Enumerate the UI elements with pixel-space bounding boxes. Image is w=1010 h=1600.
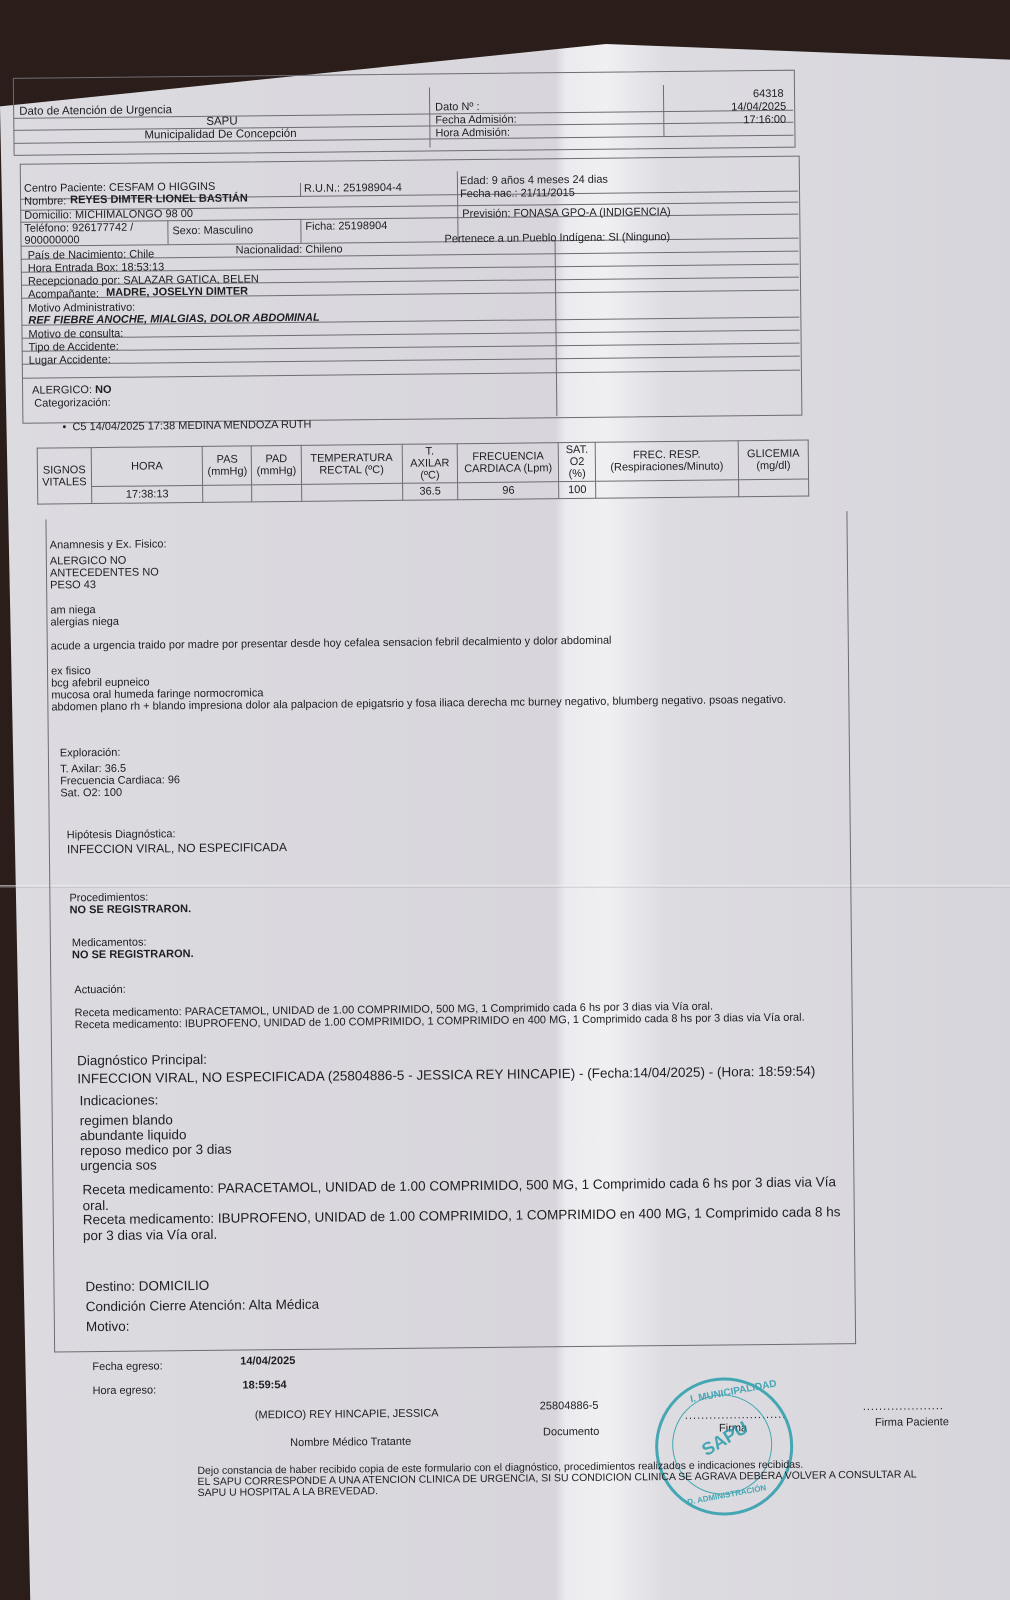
patient-run: R.U.N.: 25198904-4 (304, 182, 402, 196)
closing-condition: Condición Cierre Atención: Alta Médica (86, 1297, 320, 1315)
closing-reason: Motivo: (86, 1319, 130, 1335)
fecha-admision-value: 14/04/2025 (731, 101, 786, 115)
municipality: Municipalidad De Concepción (144, 128, 296, 143)
municipal-stamp: I. MUNICIPALIDAD SAPU D. ADMINISTRACIÓN (654, 1377, 793, 1516)
prescription-2-cont: por 3 dias via Vía oral. (83, 1227, 217, 1244)
categorization-label: Categorización: (34, 397, 111, 411)
vitals-cell: 17:38:13 (91, 485, 203, 503)
patient-signature-line: .................... (863, 1400, 944, 1414)
anamnesis-label: Anamnesis y Ex. Fisico: (50, 538, 167, 552)
vitals-cell: 96 (458, 482, 559, 500)
discharge-date-label: Fecha egreso: (92, 1360, 162, 1374)
patient-country: País de Nacimiento: Chile (28, 248, 155, 262)
vitals-cell (739, 479, 809, 497)
vitals-row-label-text: SIGNOS VITALES (42, 464, 87, 488)
form-title: Dato de Atención de Urgencia (19, 104, 172, 119)
vitals-header: HORA (91, 446, 203, 486)
main-diagnosis-label: Diagnóstico Principal: (77, 1052, 207, 1069)
companion: MADRE, JOSELYN DIMTER (106, 285, 248, 299)
actuation-label: Actuación: (74, 984, 126, 998)
patient-address: Domicilio: MICHIMALONGO 98 00 (24, 208, 193, 223)
discharge-time: 18:59:54 (242, 1379, 286, 1392)
vitals-row-label: SIGNOS VITALES (37, 448, 91, 505)
patient-signature-label: Firma Paciente (875, 1416, 949, 1430)
vitals-header: FREC. RESP. (Respiraciones/Minuto) (595, 441, 738, 481)
patient-prevision: Previsión: FONASA GPO-A (INDIGENCIA) (462, 206, 671, 221)
physician-name: (MEDICO) REY HINCAPIE, JESSICA (255, 1407, 439, 1422)
divider (300, 183, 301, 197)
hora-admision-value: 17:16:00 (743, 114, 786, 127)
patient-age: Edad: 9 años 4 meses 24 dias (460, 174, 608, 189)
fecha-admision-label: Fecha Admisión: (435, 114, 516, 128)
vitals-cell: 100 (559, 481, 596, 498)
indications-label: Indicaciones: (79, 1092, 158, 1109)
patient-indigenous: Pertenece a un Pueblo Indígena: SI (Ning… (444, 231, 670, 246)
vitals-header: TEMPERATURA RECTAL (ºC) (301, 444, 403, 484)
patient-birthdate: Fecha nac.: 21/11/2015 (460, 187, 575, 201)
vitals-header: GLICEMIA (mg/dl) (738, 440, 808, 480)
exploration-label: Exploración: (60, 747, 121, 761)
medications-value: NO SE REGISTRARON. (72, 948, 194, 962)
anamnesis-text: ALERGICO NO ANTECEDENTES NO PESO 43 am n… (50, 548, 786, 714)
patient-phone-2: 900000000 (24, 234, 79, 248)
footer-line-3: SAPU U HOSPITAL A LA BREVEDAD. (198, 1486, 378, 1499)
procedures-value: NO SE REGISTRARON. (69, 903, 191, 917)
vital-signs-table: SIGNOS VITALES HORA PAS (mmHg) PAD (mmHg… (37, 440, 810, 505)
patient-ficha: Ficha: 25198904 (305, 220, 387, 234)
patient-sex: Sexo: Masculino (172, 224, 253, 238)
hypothesis-value: INFECCION VIRAL, NO ESPECIFICADA (67, 841, 287, 856)
nombre-label: Nombre: (24, 195, 66, 208)
service-name: SAPU (206, 116, 237, 129)
accident-type-label: Tipo de Accidente: (29, 341, 119, 355)
discharge-time-label: Hora egreso: (93, 1384, 157, 1398)
vitals-cell (595, 480, 738, 498)
exploration-text: T. Axilar: 36.5 Frecuencia Cardiaca: 96 … (60, 762, 180, 799)
companion-label: Acompañante: (28, 288, 99, 302)
vitals-cell: 36.5 (402, 483, 458, 501)
dato-value: 64318 (753, 88, 784, 101)
vitals-header: T. AXILAR (ºC) (402, 444, 458, 484)
physician-name-label: Nombre Médico Tratante (290, 1436, 411, 1450)
vitals-header: FRECUENCIA CARDIACA (Lpm) (457, 443, 559, 483)
vitals-cell (252, 484, 301, 502)
vitals-header: PAS (mmHg) (203, 446, 252, 486)
indication-item: urgencia sos (80, 1157, 157, 1174)
destination: Destino: DOMICILIO (85, 1278, 209, 1295)
discharge-date: 14/04/2025 (240, 1355, 295, 1369)
vitals-header: PAD (mmHg) (252, 445, 301, 485)
vitals-header: SAT. O2 (%) (559, 442, 596, 481)
categorization-entry: • C5 14/04/2025 17:38 MEDINA MENDOZA RUT… (62, 419, 311, 435)
accident-place-label: Lugar Accidente: (29, 354, 111, 368)
document-label: Documento (543, 1426, 599, 1440)
urgency-form: Dato de Atención de Urgencia SAPU Munici… (0, 0, 1010, 1600)
consult-reason-label: Motivo de consulta: (28, 328, 123, 342)
allergic-value: NO (95, 384, 112, 396)
hora-admision-label: Hora Admisión: (435, 127, 510, 141)
patient-nationality: Nacionalidad: Chileno (236, 243, 343, 257)
allergic-label: ALERGICO: NO (32, 384, 112, 398)
vitals-cell (301, 483, 402, 501)
vitals-cell (203, 485, 252, 503)
hypothesis-label: Hipótesis Diagnóstica: (67, 828, 176, 842)
categorization-value: C5 14/04/2025 17:38 MEDINA MENDOZA RUTH (72, 419, 311, 434)
dato-label: Dato Nº : (435, 101, 480, 114)
allergic-label-text: ALERGICO: (32, 384, 92, 397)
patient-name: REYES DIMTER LIONEL BASTIÁN (70, 192, 248, 207)
physician-document: 25804886-5 (540, 1400, 599, 1414)
